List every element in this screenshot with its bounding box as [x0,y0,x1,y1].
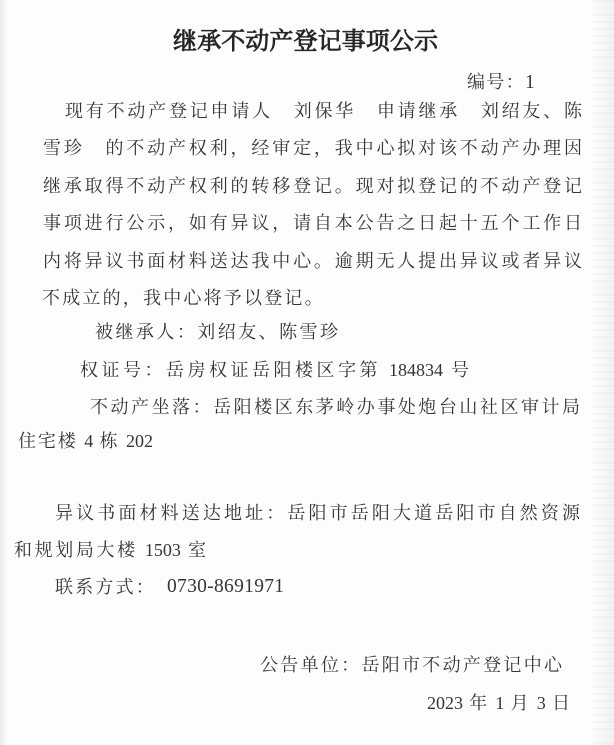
body-line: 继承取得不动产权利的转移登记。现对拟登记的不动产登记 [43,175,582,197]
issue-date: 2023 年 1 月 3 日 [427,692,570,714]
property-location-line: 不动产坐落：岳阳楼区东茅岭办事处炮台山社区审计局 [90,396,580,418]
scan-edge-noise-right [592,0,614,745]
decedent-value: 刘绍友、陈雪珍 [197,322,338,342]
issuer-field: 公告单位：岳阳市不动产登记中心 [260,654,562,676]
certificate-number-value: 岳房权证岳阳楼区字第 184834 号 [166,360,469,380]
body-line: 不成立的，我中心将予以登记。 [42,287,325,309]
decedent-field: 被继承人：刘绍友、陈雪珍 [95,321,338,343]
property-location-value: 岳阳楼区东茅岭办事处炮台山社区审计局 [213,397,580,417]
contact-phone: 0730-8691971 [167,576,284,598]
issuer-value: 岳阳市不动产登记中心 [361,655,562,675]
objection-address-label: 异议书面材料送达地址： [55,503,287,523]
issuer-label: 公告单位： [260,655,361,675]
objection-address-value: 岳阳市岳阳大道岳阳市自然资源 [287,503,580,523]
serial-number-label: 编号： [467,72,525,92]
property-location-label: 不动产坐落： [90,397,213,417]
certificate-number-label: 权证号： [80,360,166,380]
body-line: 现有不动产登记申请人 刘保华 申请继承 刘绍友、陈 [65,100,582,122]
document-page: 继承不动产登记事项公示 编号：1 现有不动产登记申请人 刘保华 申请继承 刘绍友… [0,0,614,745]
certificate-number-field: 权证号：岳房权证岳阳楼区字第 184834 号 [80,359,469,381]
contact-label: 联系方式： [55,576,156,598]
body-line: 内将异议书面材料送达我中心。逾期无人提出异议或者异议 [43,250,582,272]
body-line: 雪珍 的不动产权利，经审定，我中心拟对该不动产办理因 [43,137,582,159]
objection-address-value-continued: 和规划局大楼 1503 室 [14,539,206,561]
serial-number: 编号：1 [467,71,535,93]
document-title: 继承不动产登记事项公示 [173,27,438,55]
decedent-label: 被继承人： [95,322,197,342]
body-line: 事项进行公示，如有异议，请自本公告之日起十五个工作日 [43,212,582,234]
property-location-value-continued: 住宅楼 4 栋 202 [18,430,153,452]
serial-number-value: 1 [525,72,535,93]
objection-address-line: 异议书面材料送达地址：岳阳市岳阳大道岳阳市自然资源 [55,502,580,524]
scan-edge-shadow-left [0,0,8,745]
